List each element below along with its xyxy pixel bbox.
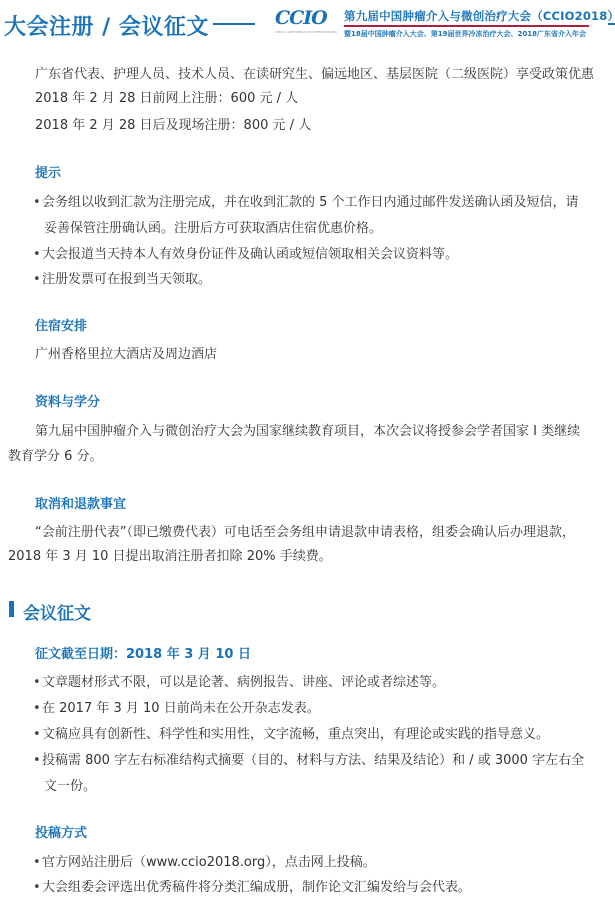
page-title: 大会注册 / 会议征文 — [4, 10, 209, 41]
paper-requirement-item: 文章题材形式不限，可以是论著、病例报告、讲座、评论或者综述等。 — [33, 675, 445, 691]
refund-heading: 取消和退款事宜 — [35, 493, 126, 512]
section-marker — [9, 601, 14, 617]
header-divider-right — [608, 23, 615, 25]
submission-heading: 投稿方式 — [35, 822, 87, 841]
paper-deadline: 征文截至日期：2018 年 3 月 10 日 — [35, 643, 251, 662]
submission-item: 大会组委会评选出优秀稿件将分类汇编成册，制作论文汇编发给与会代表。 — [33, 880, 471, 896]
tips-item: 大会报道当天持本人有效身份证件及确认函或短信领取相关会议资料等。 — [33, 247, 458, 263]
refund-text-continuation: 2018 年 3 月 10 日提出取消注册者扣除 20% 手续费。 — [8, 549, 332, 565]
early-registration-fee: 2018 年 2 月 28 日前网上注册：600 元 / 人 — [35, 91, 298, 107]
credits-heading: 资料与学分 — [35, 391, 100, 410]
tips-heading: 提示 — [35, 162, 61, 181]
discount-note: 广东省代表、护理人员、技术人员、在读研究生、偏远地区、基层医院（二级医院）享受政… — [35, 67, 594, 83]
conference-title-underline — [344, 25, 589, 27]
paper-requirement-item: 在 2017 年 3 月 10 日前尚未在公开杂志发表。 — [33, 701, 320, 717]
logo-subtext: CHINA CONFERENCE ON INTERVENTIONAL ONCOL… — [275, 30, 337, 34]
credits-text: 第九届中国肿瘤介入与微创治疗大会为国家继续教育项目，本次会议将授参会学者国家 I… — [35, 424, 580, 440]
paper-requirement-item: 投稿需 800 字左右标准结构式摘要（目的、材料与方法、结果及结论）和 / 或 … — [33, 753, 584, 769]
tips-item-continuation: 妥善保管注册确认函。注册后方可获取酒店住宿优惠价格。 — [44, 221, 382, 237]
late-registration-fee: 2018 年 2 月 28 日后及现场注册：800 元 / 人 — [35, 118, 311, 134]
credits-text-continuation: 教育学分 6 分。 — [8, 449, 103, 465]
accommodation-heading: 住宿安排 — [35, 315, 87, 334]
accommodation-text: 广州香格里拉大酒店及周边酒店 — [35, 347, 217, 363]
logo-mark: CCIO — [275, 8, 337, 28]
call-for-papers-title: 会议征文 — [23, 599, 91, 624]
paper-requirement-item: 文稿应具有创新性、科学性和实用性，文字流畅，重点突出，有理论或实践的指导意义。 — [33, 727, 549, 743]
ccio-logo: CCIO CHINA CONFERENCE ON INTERVENTIONAL … — [275, 8, 337, 40]
header-divider — [213, 23, 255, 25]
tips-item: 会务组以收到汇款为注册完成，并在收到汇款的 5 个工作日内通过邮件发送确认函及短… — [33, 195, 579, 211]
paper-requirement-item-continuation: 文一份。 — [44, 779, 96, 795]
tips-item: 注册发票可在报到当天领取。 — [33, 272, 211, 288]
page-header: 大会注册 / 会议征文 CCIO CHINA CONFERENCE ON INT… — [0, 0, 615, 48]
conference-title: 第九届中国肿瘤介入与微创治疗大会（CCIO2018） — [344, 8, 615, 24]
refund-text: “会前注册代表”（即已缴费代表）可电话至会务组申请退款申请表格，组委会确认后办理… — [35, 525, 575, 541]
submission-item: 官方网站注册后（www.ccio2018.org），点击网上投稿。 — [33, 855, 376, 871]
conference-subtitle: 暨18届中国肿瘤介入大会、第19届世界冷冻治疗大会、2018广东省介入年会 — [344, 29, 586, 39]
